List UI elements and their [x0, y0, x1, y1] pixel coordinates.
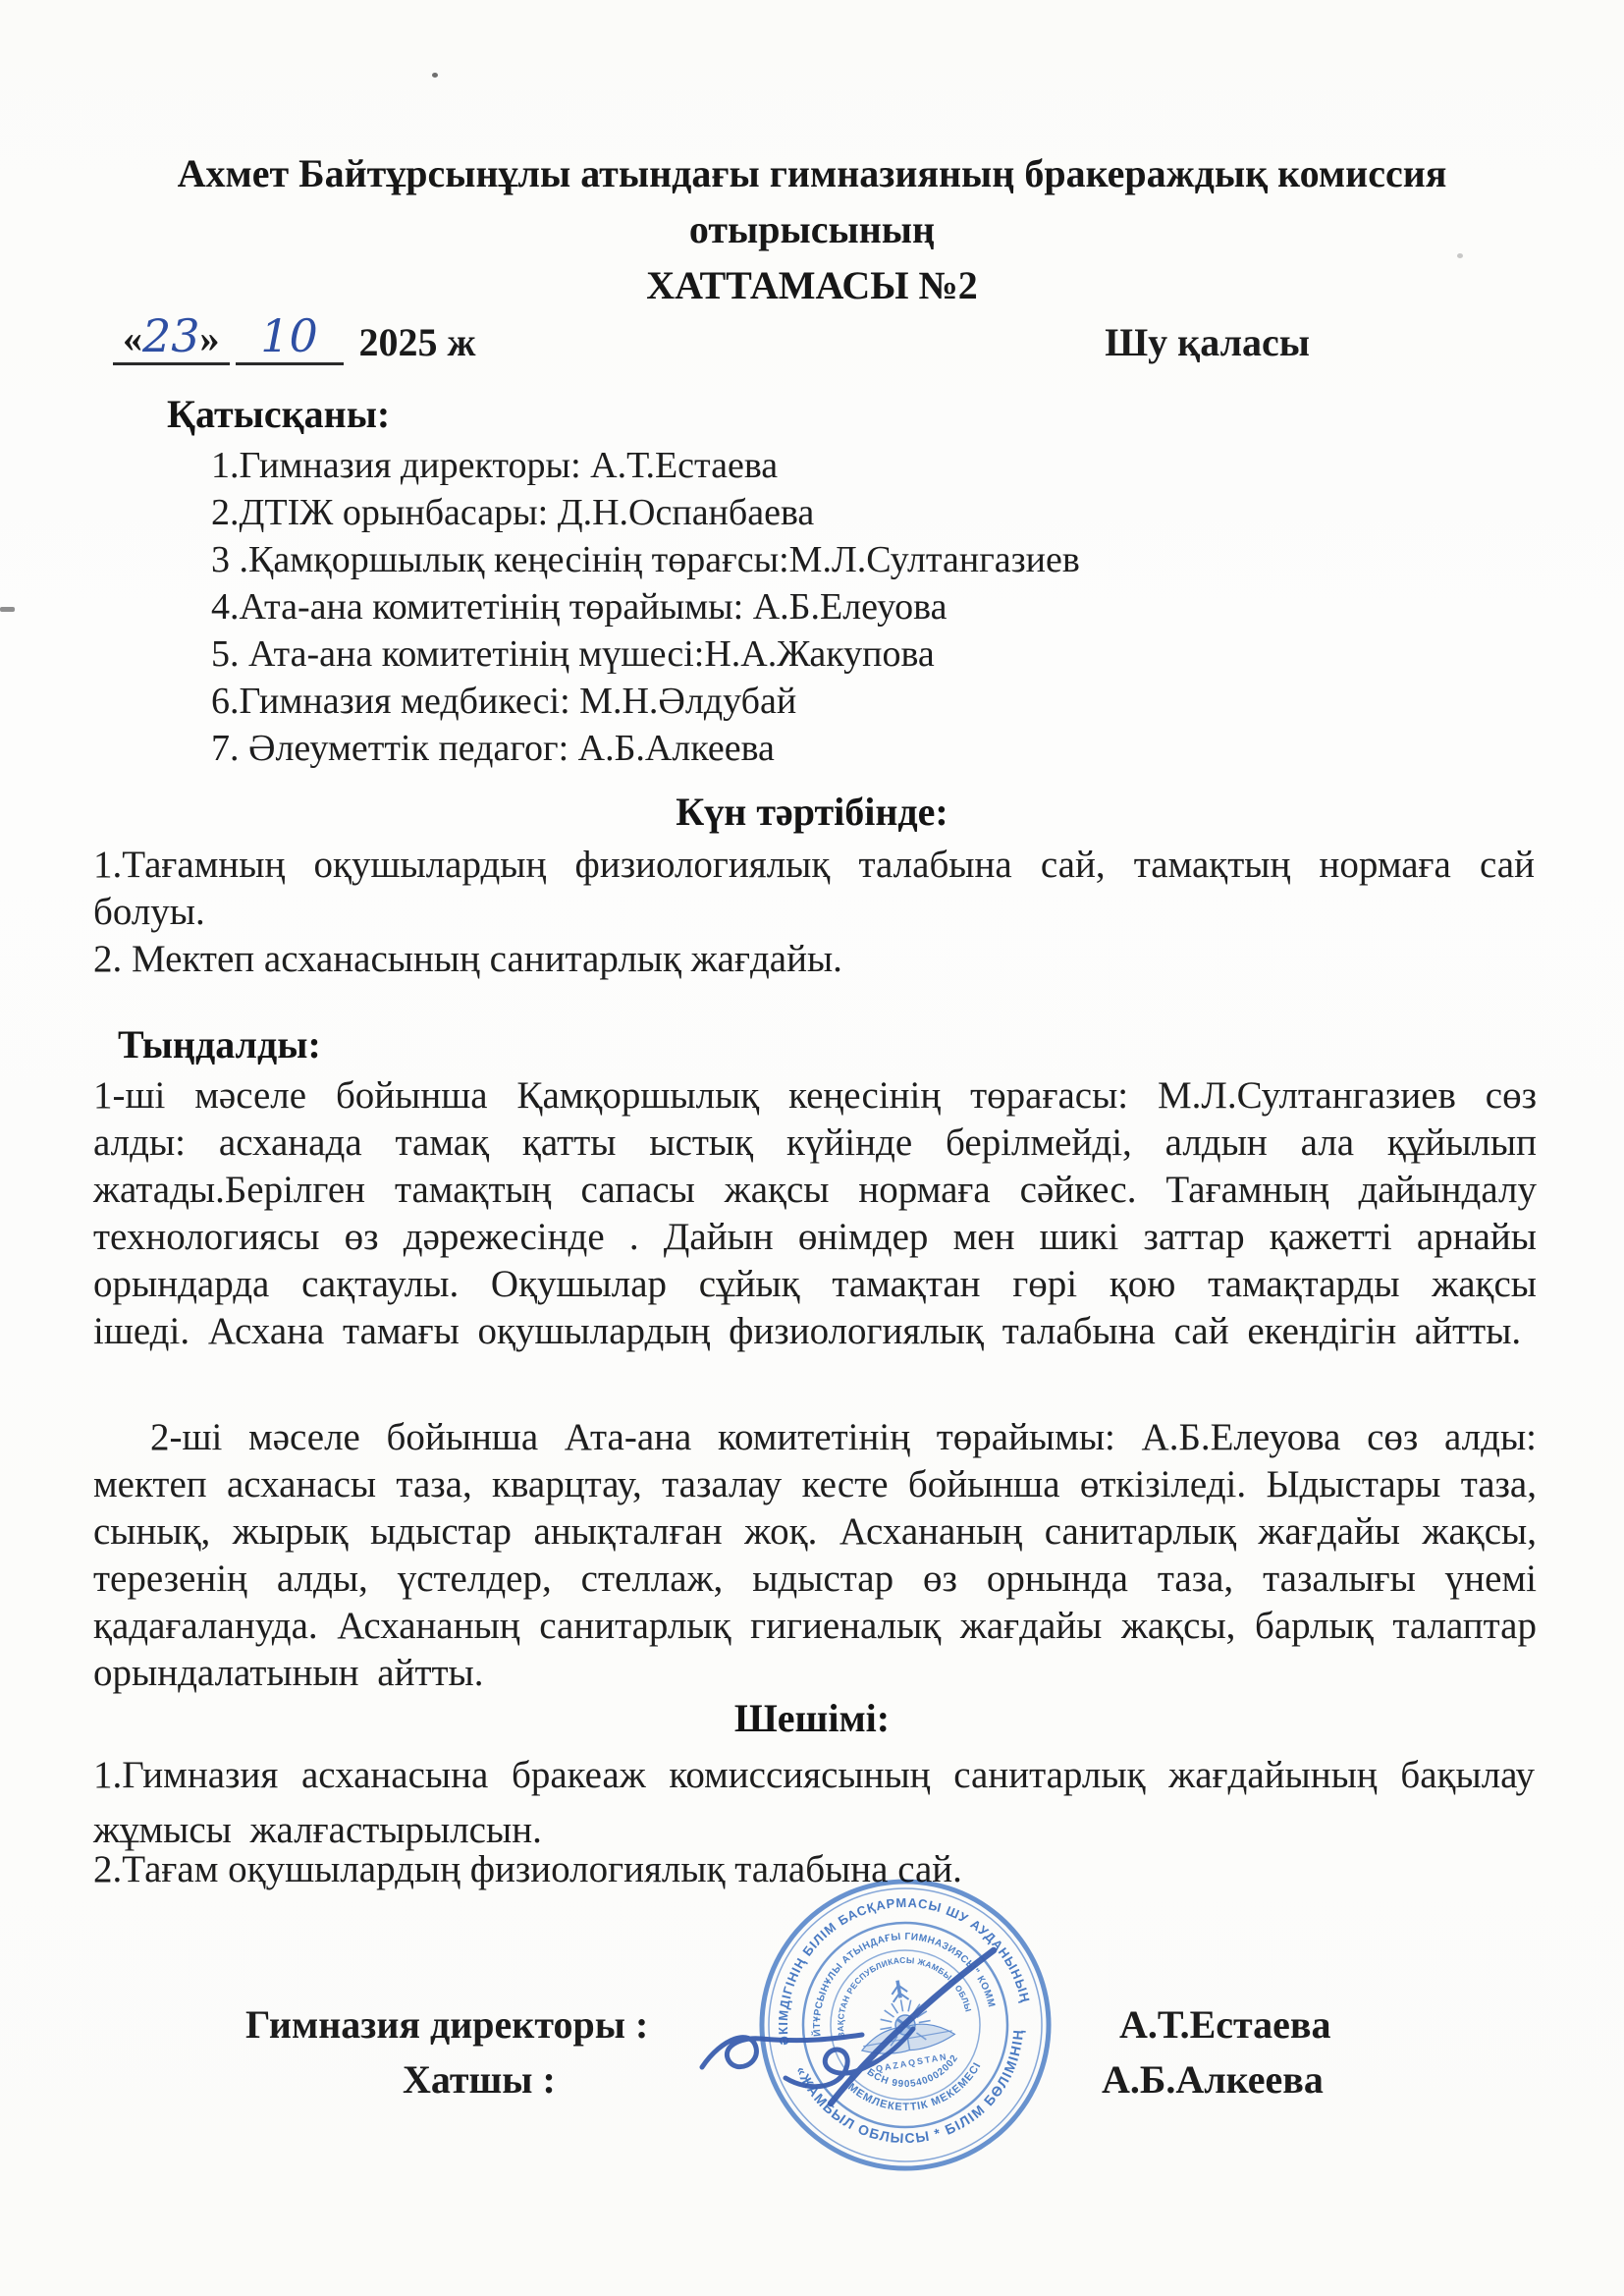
signature-role-director: Гимназия директоры : [245, 2001, 648, 2048]
agenda-item-1: 1.Тағамның оқушылардың физиологиялық тал… [93, 842, 1535, 936]
participants-heading: Қатысқаны: [167, 391, 390, 437]
date-city-row: «23» 10 2025 ж Шу қаласы [113, 314, 1511, 365]
signature-name-director: А.Т.Естаева [1119, 2001, 1331, 2048]
title-line-2: отырысының [93, 201, 1531, 257]
participant-item: 7. Әлеуметтік педагог: А.Б.Алкеева [211, 725, 1438, 772]
decision-item-1: 1.Гимназия асханасына бракеаж комиссиясы… [93, 1748, 1535, 1858]
participant-item: 1.Гимназия директоры: А.Т.Естаева [211, 442, 1438, 489]
participant-item: 4.Ата-ана комитетінің төрайымы: А.Б.Елеу… [211, 583, 1438, 630]
agenda-item-2: 2. Мектеп асханасының санитарлық жағдайы… [93, 936, 1535, 983]
close-quote: » [200, 316, 220, 360]
participants-list: 1.Гимназия директоры: А.Т.Естаева 2.ДТІЖ… [211, 442, 1438, 772]
handwritten-month: 10 [260, 309, 318, 362]
handwritten-day: 23 [142, 309, 200, 362]
participant-item: 5. Ата-ана комитетінің мүшесі:Н.А.Жакупо… [211, 630, 1438, 678]
participant-item: 6.Гимназия медбикесі: М.Н.Әлдубай [211, 678, 1438, 725]
stamp-svg: ӘКІМДІГІНІҢ БІЛІМ БАСҚАРМАСЫ ШУ АУДАНЫНЫ… [638, 1846, 1110, 2278]
date-month-slot: 10 [236, 314, 344, 365]
heard-paragraph-1: 1-ші мәселе бойынша Қамқоршылық кеңесіні… [93, 1072, 1537, 1355]
decision-heading: Шешімі: [93, 1695, 1531, 1741]
signature-role-secretary: Хатшы : [403, 2056, 556, 2103]
scan-speck [432, 73, 438, 78]
participant-item: 2.ДТІЖ орынбасары: Д.Н.Оспанбаева [211, 489, 1438, 536]
official-stamp: ӘКІМДІГІНІҢ БІЛІМ БАСҚАРМАСЫ ШУ АУДАНЫНЫ… [638, 1846, 1110, 2278]
date-year: 2025 ж [359, 319, 476, 365]
heard-heading: Тыңдалды: [118, 1021, 321, 1067]
agenda-heading: Күн тәртібінде: [93, 789, 1531, 835]
signature-name-secretary: А.Б.Алкеева [1102, 2056, 1324, 2103]
open-quote: « [123, 316, 142, 360]
city-label: Шу қаласы [1105, 319, 1511, 365]
date-day-slot: «23» [113, 314, 230, 365]
participant-item: 3 .Қамқоршылық кеңесінің төрағсы:М.Л.Сул… [211, 536, 1438, 583]
scan-speck [0, 607, 15, 612]
stamp-seal: ӘКІМДІГІНІҢ БІЛІМ БАСҚАРМАСЫ ШУ АУДАНЫНЫ… [638, 1846, 1071, 2214]
heard-paragraph-2: 2-ші мәселе бойынша Ата-ана комитетінің … [93, 1414, 1537, 1697]
document-title: Ахмет Байтұрсынұлы атындағы гимназияның … [93, 145, 1531, 313]
scanned-protocol-page: Ахмет Байтұрсынұлы атындағы гимназияның … [0, 0, 1624, 2296]
title-line-3: ХАТТАМАСЫ №2 [93, 257, 1531, 313]
date-line: «23» 10 2025 ж [113, 314, 476, 365]
title-line-1: Ахмет Байтұрсынұлы атындағы гимназияның … [93, 145, 1531, 201]
